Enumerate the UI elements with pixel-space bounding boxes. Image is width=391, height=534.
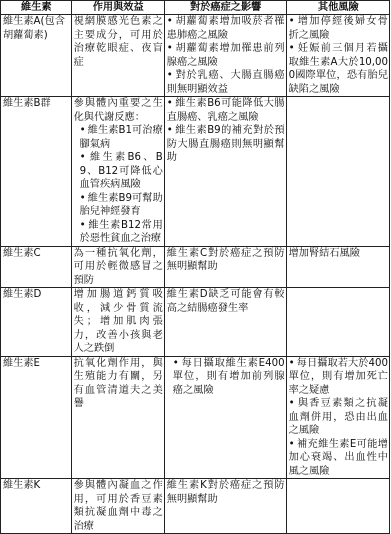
cancer-impact: 每日攝取維生素E400單位，則有增加前列腺癌之風險 xyxy=(164,356,286,450)
vitamin-effects: 為一種抗氧化劑，可用於輕微感冒之預防 xyxy=(71,246,164,288)
effects-intro: 參與體內重要之生化與代謝反應： xyxy=(74,97,163,124)
list-item: 維生素B6、B9、B12可降低心血管疾病風險 xyxy=(74,151,163,192)
table-row: 維生素C 為一種抗氧化劑，可用於輕微感冒之預防 維生素C對於癌症之預防無明顯幫助… xyxy=(1,246,390,288)
list-item: 維生素B9的補充對於預防大腸直腸癌則無明顯幫助 xyxy=(167,124,285,165)
list-item: 維生素B1可治療腳氣病 xyxy=(74,124,163,151)
table-row: 維生素B群 參與體內重要之生化與代謝反應： 維生素B1可治療腳氣病 維生素B6、… xyxy=(1,97,390,247)
list-item: 對於乳癌、大腸直腸癌則無明顯效益 xyxy=(167,69,285,96)
list-item: 增加停經後婦女骨折之風險 xyxy=(289,15,388,42)
header-risks: 其他風險 xyxy=(286,1,389,15)
header-cancer: 對於癌症之影響 xyxy=(164,1,286,15)
vitamin-table: 維生素 作用與效益 對於癌症之影響 其他風險 維生素A(包含胡蘿蔔素) 視網膜感… xyxy=(0,0,390,450)
other-risks xyxy=(286,288,389,357)
header-row: 維生素 作用與效益 對於癌症之影響 其他風險 xyxy=(1,1,390,15)
other-risks xyxy=(286,97,389,247)
header-effects: 作用與效益 xyxy=(71,1,164,15)
table-row: 維生素A(包含胡蘿蔔素) 視網膜感光色素之主要成分，可用於治療乾眼症、夜盲症 胡… xyxy=(1,15,390,97)
list-item: 與香豆素類之抗凝血劑併用，恐由出血之風險 xyxy=(289,397,388,438)
list-item: 維生素B12常用於惡性貧血之治療 xyxy=(74,219,163,246)
table-row: 維生素D 增加腸道鈣質吸收，減少骨質流失；增加肌肉張力，改善小孩與老人之跌倒 維… xyxy=(1,288,390,357)
table-row: 維生素E 抗氧化劑作用，與生殖能力有關，另有血管清道夫之美譽 每日攝取維生素E4… xyxy=(1,356,390,450)
vitamin-effects: 抗氧化劑作用，與生殖能力有關，另有血管清道夫之美譽 xyxy=(71,356,164,450)
vitamin-effects: 視網膜感光色素之主要成分，可用於治療乾眼症、夜盲症 xyxy=(71,15,164,97)
list-item: 維生素B9可幫助胎兒神經發育 xyxy=(74,192,163,219)
vitamin-name: 維生素A(包含胡蘿蔔素) xyxy=(1,15,72,97)
list-item: 補充維生素E可能增加心衰竭、出血性中風之風險 xyxy=(289,438,388,451)
vitamin-effects: 參與體內重要之生化與代謝反應： 維生素B1可治療腳氣病 維生素B6、B9、B12… xyxy=(71,97,164,247)
vitamin-name: 維生素E xyxy=(1,356,72,450)
list-item: 妊娠前三個月若攝取維生素A大於10,000國際單位，恐有胎兒缺陷之風險 xyxy=(289,42,388,96)
vitamin-name: 維生素C xyxy=(1,246,72,288)
vitamin-name: 維生素B群 xyxy=(1,97,72,247)
other-risks: 增加腎結石風險 xyxy=(286,246,389,288)
cancer-impact: 維生素B6可能降低大腸直腸癌、乳癌之風險 維生素B9的補充對於預防大腸直腸癌則無… xyxy=(164,97,286,247)
cancer-impact: 維生素C對於癌症之預防無明顯幫助 xyxy=(164,246,286,288)
list-item: 胡蘿蔔素增加吸菸者罹患肺癌之風險 xyxy=(167,15,285,42)
list-item: 維生素B6可能降低大腸直腸癌、乳癌之風險 xyxy=(167,97,285,124)
other-risks: 增加停經後婦女骨折之風險 妊娠前三個月若攝取維生素A大於10,000國際單位，恐… xyxy=(286,15,389,97)
list-item: 每日攝取維生素E400單位，則有增加前列腺癌之風險 xyxy=(167,357,285,398)
cancer-impact: 胡蘿蔔素增加吸菸者罹患肺癌之風險 胡蘿蔔素增加罹患前列腺癌之風險 對於乳癌、大腸… xyxy=(164,15,286,97)
vitamin-name: 維生素D xyxy=(1,288,72,357)
header-vitamin: 維生素 xyxy=(1,1,72,15)
list-item: 每日攝取若大於400單位，則有增加死亡率之疑慮 xyxy=(289,357,388,398)
vitamin-effects: 增加腸道鈣質吸收，減少骨質流失；增加肌肉張力，改善小孩與老人之跌倒 xyxy=(71,288,164,357)
cancer-impact: 維生素D缺乏可能會有較高之結腸癌發生率 xyxy=(164,288,286,357)
list-item: 胡蘿蔔素增加罹患前列腺癌之風險 xyxy=(167,42,285,69)
other-risks: 每日攝取若大於400單位，則有增加死亡率之疑慮 與香豆素類之抗凝血劑併用，恐由出… xyxy=(286,356,389,450)
